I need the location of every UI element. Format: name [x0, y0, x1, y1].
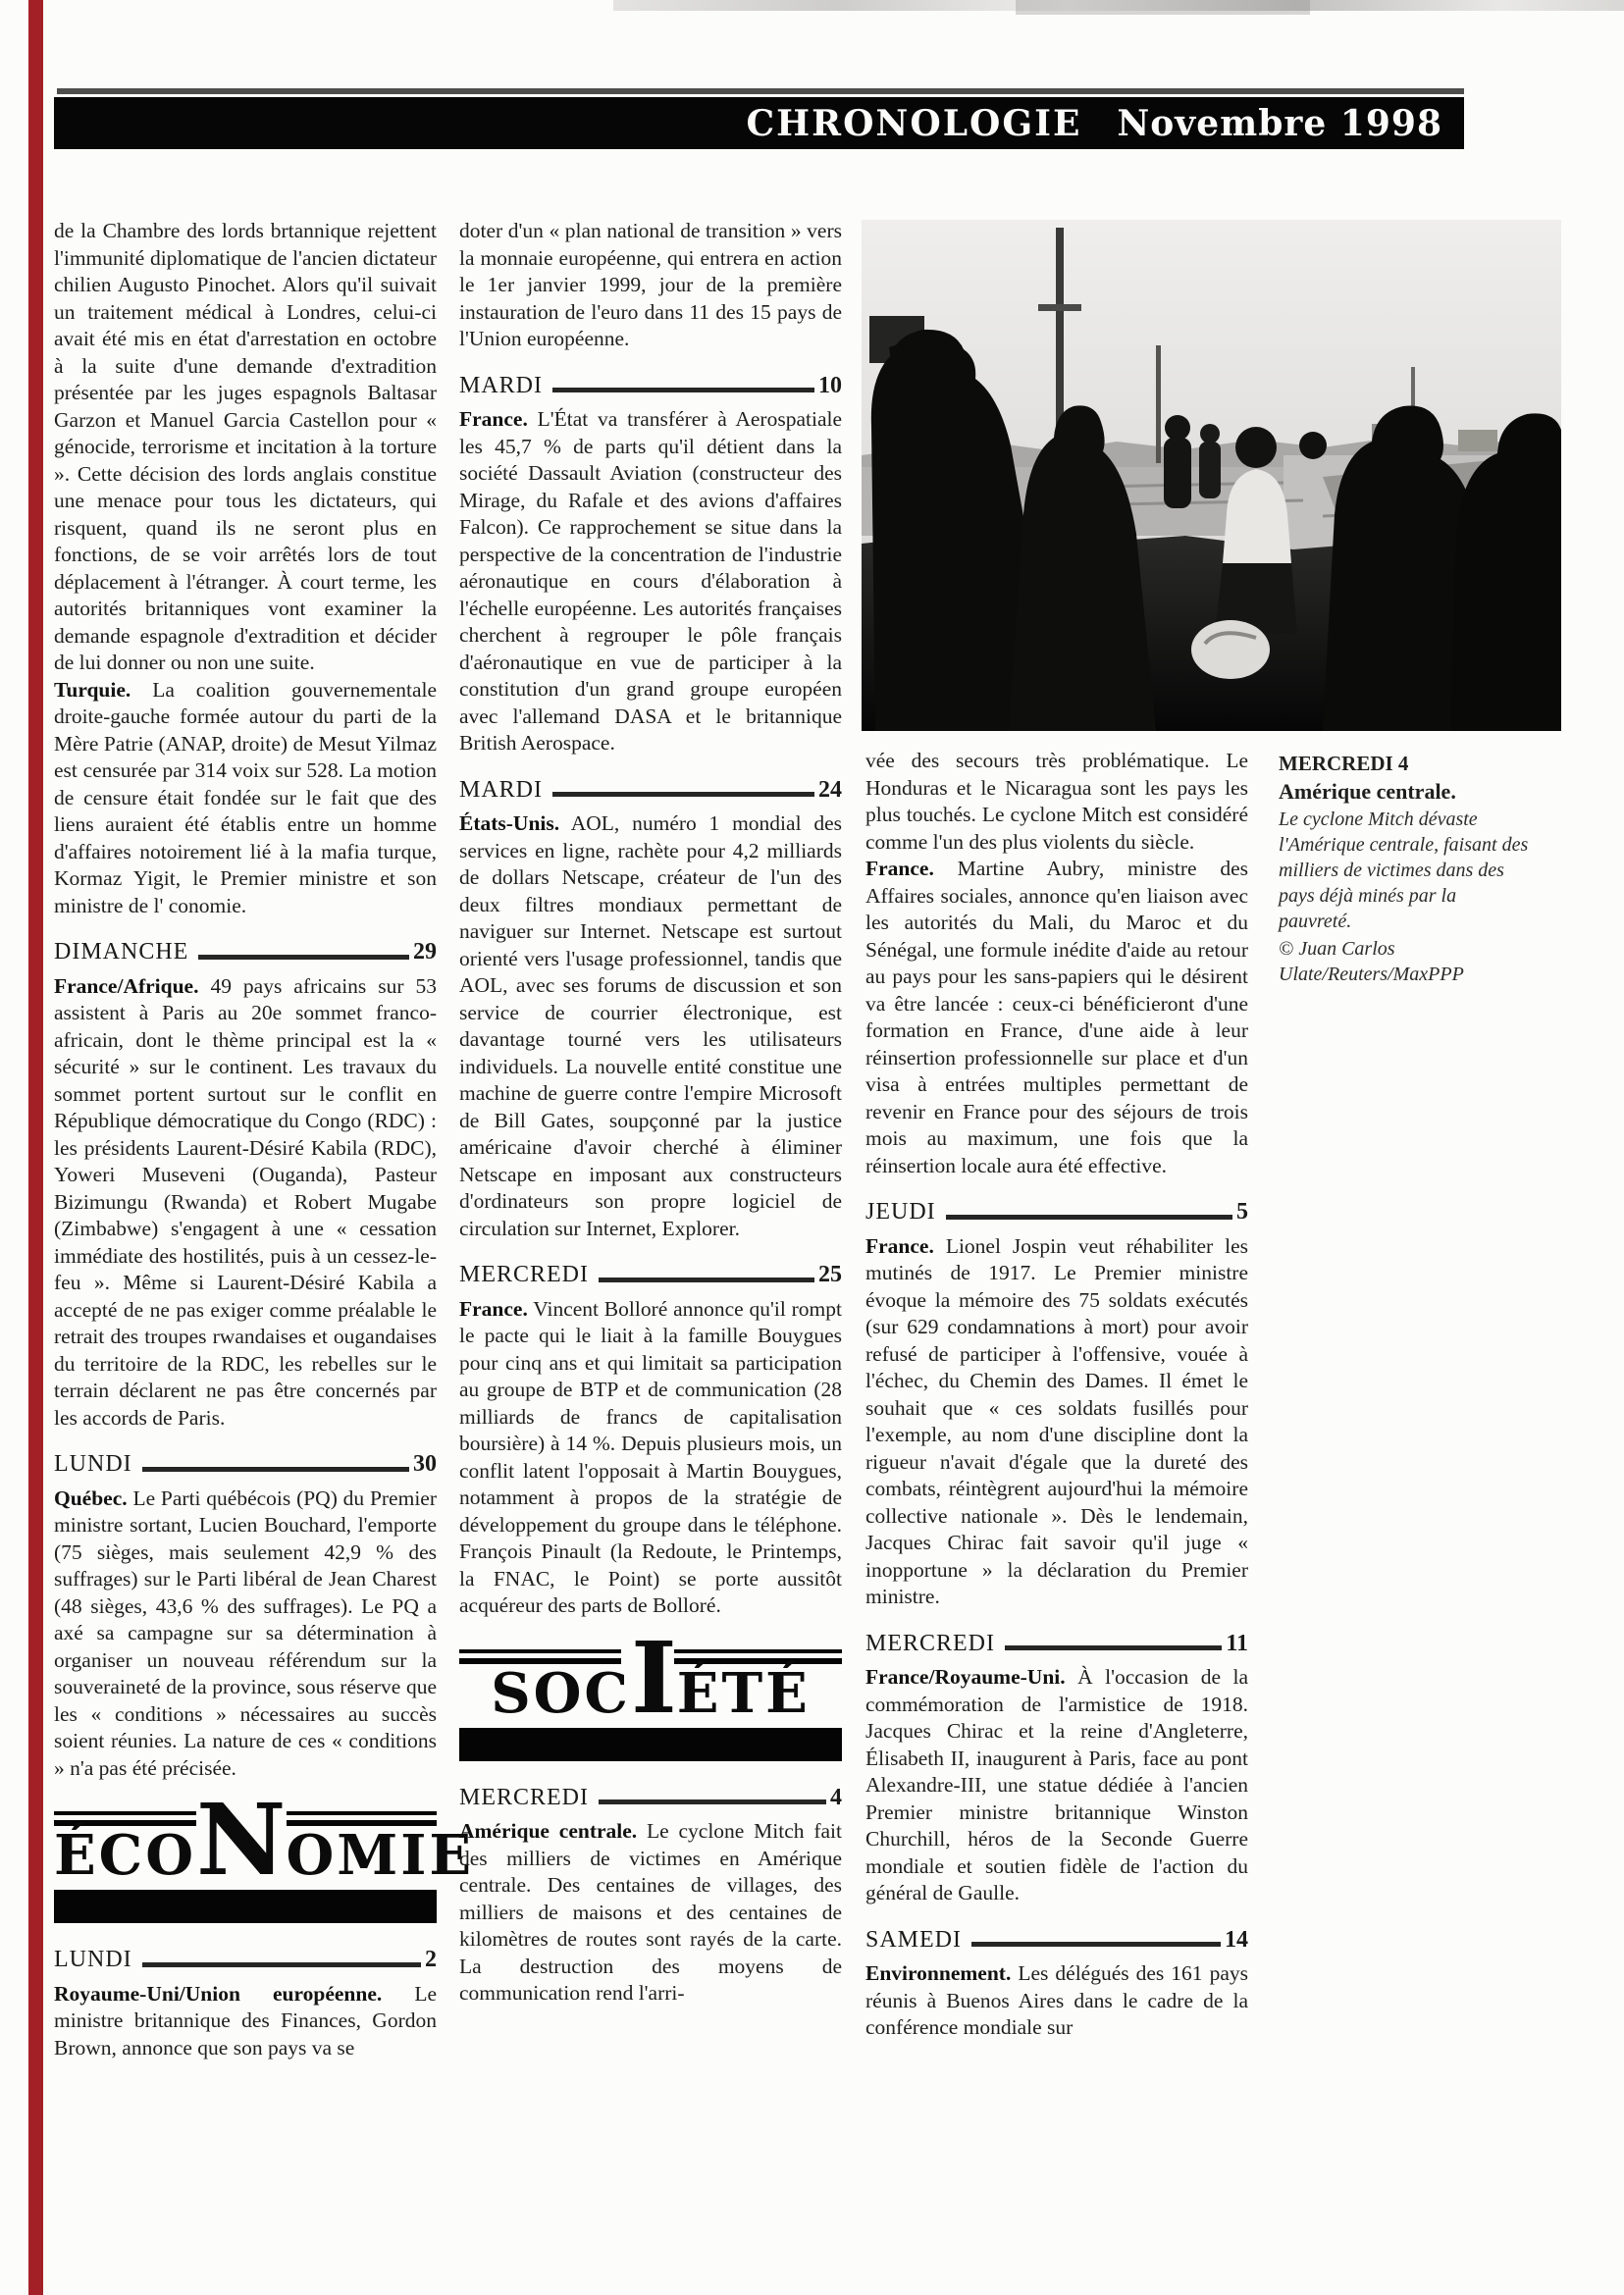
paragraph: France/Afrique. 49 pays africains sur 53…	[54, 973, 437, 1433]
paragraph: France. Martine Aubry, ministre des Affa…	[865, 856, 1248, 1179]
paragraph: vée des secours très problématique. Le H…	[865, 748, 1248, 856]
day-rule	[198, 955, 409, 960]
day-entry-lundi-2: LUNDI 2	[54, 1947, 437, 1974]
paragraph: Québec. Le Parti québécois (PQ) du Premi…	[54, 1486, 437, 1783]
day-label: LUNDI	[54, 1451, 132, 1479]
paragraph: doter d'un « plan national de transition…	[459, 218, 842, 353]
day-rule	[971, 1942, 1221, 1947]
day-number: 14	[1225, 1927, 1248, 1955]
topic-lead: Royaume-Uni/Union européenne.	[54, 1982, 382, 2006]
day-entry-mercredi-25: MERCREDI 25	[459, 1262, 842, 1289]
paragraph: Amérique centrale. Le cyclone Mitch fait…	[459, 1818, 842, 2008]
paragraph: de la Chambre des lords brtannique rejet…	[54, 218, 437, 677]
photo-caption: MERCREDI 4 Amérique centrale. Le cyclone…	[1279, 751, 1532, 987]
day-entry-mardi-24: MARDI 24	[459, 777, 842, 805]
paragraph-text: 49 pays africains sur 53 assistent à Par…	[54, 974, 437, 1430]
paragraph-text: Vincent Bolloré annonce qu'il rompt le p…	[459, 1297, 842, 1618]
paragraph: Turquie. La coalition gouvernementale dr…	[54, 677, 437, 920]
scan-noise-strip-dark	[1016, 0, 1310, 15]
caption-day: MERCREDI 4	[1279, 751, 1532, 776]
day-entry-lundi-30: LUNDI 30	[54, 1451, 437, 1479]
day-number: 2	[425, 1947, 437, 1974]
paragraph-text: L'État va transférer à Aerospatiale les …	[459, 407, 842, 755]
paragraph-text: AOL, numéro 1 mondial des services en li…	[459, 811, 842, 1240]
day-number: 5	[1236, 1199, 1248, 1226]
caption-topic: Amérique centrale.	[1279, 779, 1532, 805]
topic-lead: France.	[865, 857, 934, 880]
section-header-economie: ÉCONOMIE	[54, 1811, 437, 1888]
left-red-scan-bar	[28, 0, 43, 2295]
day-rule	[142, 1962, 421, 1967]
day-number: 11	[1226, 1631, 1248, 1658]
page-title: CHRONOLOGIE	[746, 103, 1081, 144]
day-rule	[1005, 1645, 1222, 1650]
day-label: MARDI	[459, 777, 543, 805]
paragraph: France. Lionel Jospin veut réhabiliter l…	[865, 1233, 1248, 1611]
day-number: 30	[413, 1451, 437, 1479]
topic-lead: France/Afrique.	[54, 974, 198, 998]
section-title-economie: ÉCONOMIE	[54, 1791, 437, 1889]
page-issue-date: Novembre 1998	[1117, 103, 1442, 144]
day-label: MARDI	[459, 373, 543, 400]
topic-lead: Amérique centrale.	[459, 1819, 637, 1843]
topic-lead: France/Royaume-Uni.	[865, 1665, 1066, 1689]
paragraph-text: doter d'un « plan national de transition…	[459, 219, 842, 350]
chronologie-magazine-page: CHRONOLOGIE Novembre 1998	[0, 0, 1624, 2295]
paragraph: France. L'État va transférer à Aerospati…	[459, 406, 842, 757]
section-title-societe: SOCIÉTÉ	[459, 1629, 842, 1727]
day-rule	[552, 792, 814, 797]
day-rule	[142, 1467, 409, 1472]
paragraph-text: À l'occasion de la commémoration de l'ar…	[865, 1665, 1248, 1904]
column-3: vée des secours très problématique. Le H…	[865, 748, 1248, 2042]
day-entry-jeudi-5: JEUDI 5	[865, 1199, 1248, 1226]
topic-lead: France.	[459, 1297, 528, 1321]
paragraph-text: vée des secours très problématique. Le H…	[865, 749, 1248, 854]
topic-lead: Québec.	[54, 1487, 128, 1510]
day-rule	[552, 388, 814, 392]
day-number: 29	[413, 939, 437, 966]
cyclone-mitch-photo	[862, 220, 1561, 731]
day-label: DIMANCHE	[54, 939, 188, 966]
header-top-rule	[57, 88, 1464, 94]
paragraph-text: de la Chambre des lords brtannique rejet…	[54, 219, 437, 674]
topic-lead: France.	[459, 407, 528, 431]
day-entry-mardi-10: MARDI 10	[459, 373, 842, 400]
caption-photo-credit: © Juan Carlos Ulate/Reuters/MaxPPP	[1279, 936, 1532, 987]
caption-text: Le cyclone Mitch dévaste l'Amérique cent…	[1279, 807, 1532, 934]
paragraph-text: Le cyclone Mitch fait des milliers de vi…	[459, 1819, 842, 2005]
column-1: de la Chambre des lords brtannique rejet…	[54, 218, 437, 2061]
day-number: 25	[818, 1262, 842, 1289]
topic-lead: Environnement.	[865, 1961, 1011, 1985]
day-entry-mercredi-4: MERCREDI 4	[459, 1785, 842, 1812]
page-header-bar: CHRONOLOGIE Novembre 1998	[54, 97, 1464, 149]
day-label: SAMEDI	[865, 1927, 962, 1955]
day-rule	[599, 1278, 814, 1282]
topic-lead: France.	[865, 1234, 934, 1258]
day-number: 24	[818, 777, 842, 805]
day-label: MERCREDI	[865, 1631, 995, 1658]
paragraph: France/Royaume-Uni. À l'occasion de la c…	[865, 1664, 1248, 1907]
day-label: MERCREDI	[459, 1262, 589, 1289]
paragraph: États-Unis. AOL, numéro 1 mondial des se…	[459, 810, 842, 1242]
topic-lead: États-Unis.	[459, 811, 559, 835]
paragraph-text: Martine Aubry, ministre des Affaires soc…	[865, 857, 1248, 1177]
column-2: doter d'un « plan national de transition…	[459, 218, 842, 2008]
paragraph-text: La coalition gouvernementale droite-gauc…	[54, 678, 437, 917]
paragraph-text: Le Parti québécois (PQ) du Premier minis…	[54, 1487, 437, 1780]
day-entry-dimanche-29: DIMANCHE 29	[54, 939, 437, 966]
day-rule	[599, 1799, 826, 1804]
day-label: MERCREDI	[459, 1785, 589, 1812]
paragraph: France. Vincent Bolloré annonce qu'il ro…	[459, 1296, 842, 1620]
topic-lead: Turquie.	[54, 678, 131, 702]
day-label: JEUDI	[865, 1199, 936, 1226]
day-entry-samedi-14: SAMEDI 14	[865, 1927, 1248, 1955]
paragraph: Environnement. Les délégués des 161 pays…	[865, 1960, 1248, 2042]
day-label: LUNDI	[54, 1947, 132, 1974]
day-number: 4	[830, 1785, 842, 1812]
day-entry-mercredi-11: MERCREDI 11	[865, 1631, 1248, 1658]
day-number: 10	[818, 373, 842, 400]
section-header-societe: SOCIÉTÉ	[459, 1649, 842, 1726]
day-rule	[946, 1215, 1232, 1220]
paragraph: Royaume-Uni/Union européenne. Le ministr…	[54, 1981, 437, 2062]
paragraph-text: Lionel Jospin veut réhabiliter les mutin…	[865, 1234, 1248, 1609]
